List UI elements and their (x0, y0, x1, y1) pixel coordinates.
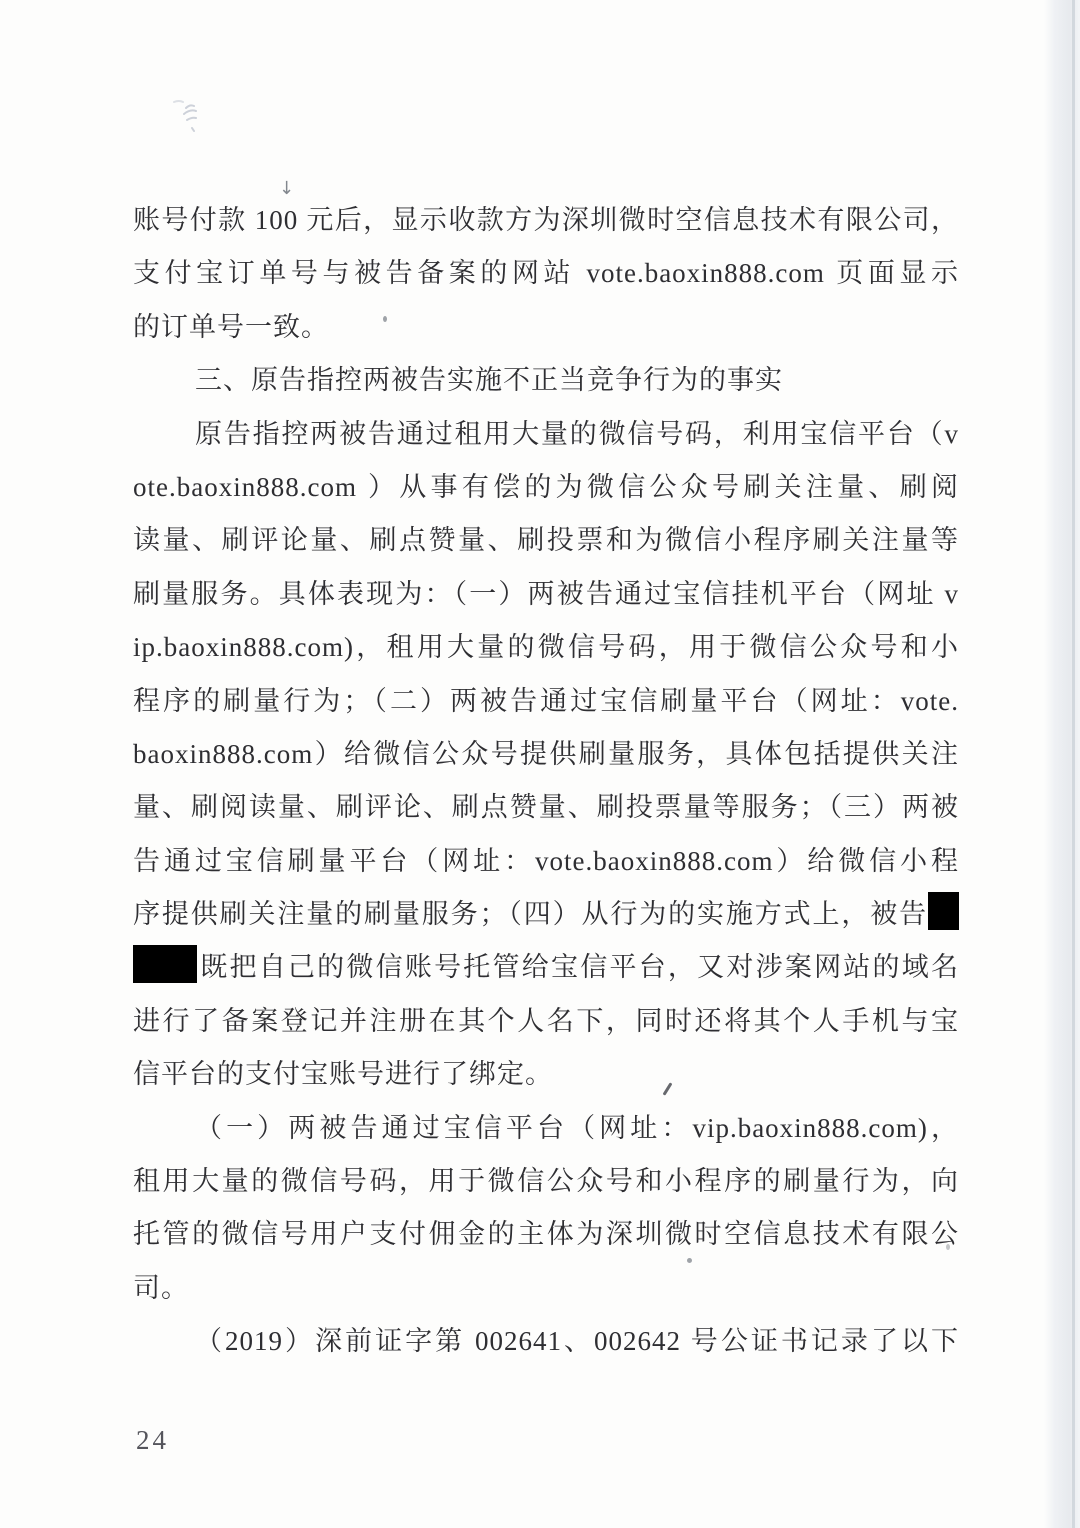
text-line: 程序的刷量行为；（二）两被告通过宝信刷量平台（网址：vote. (133, 675, 959, 728)
text-line: 司。 (133, 1262, 959, 1315)
text-line: 托管的微信号用户支付佣金的主体为深圳微时空信息技术有限公 (133, 1208, 959, 1261)
redaction-box (928, 892, 959, 930)
document-page: ↓ 账号付款 100 元后，显示收款方为深圳微时空信息技术有限公司， 支付宝订单… (0, 0, 1080, 1528)
text-line: 量、刷阅读量、刷评论、刷点赞量、刷投票量等服务；（三）两被 (133, 781, 959, 834)
scan-edge-line (1072, 0, 1075, 1528)
text-line: 账号付款 100 元后，显示收款方为深圳微时空信息技术有限公司， (133, 194, 959, 247)
text-line: 刷量服务。具体表现为：（一）两被告通过宝信挂机平台（网址 v (133, 568, 959, 621)
text-line: ote.baoxin888.com ）从事有偿的为微信公众号刷关注量、刷阅 (133, 461, 959, 514)
text-line: ip.baoxin888.com)，租用大量的微信号码，用于微信公众号和小 (133, 621, 959, 674)
text-line: 支付宝订单号与被告备案的网站 vote.baoxin888.com 页面显示 (133, 247, 959, 300)
text-line: （2019）深前证字第 002641、002642 号公证书记录了以下 (133, 1315, 959, 1368)
text-line: 告通过宝信刷量平台（网址：vote.baoxin888.com）给微信小程 (133, 835, 959, 888)
text-line-with-redaction: 序提供刷关注量的刷量服务；（四）从行为的实施方式上，被告 (133, 888, 959, 941)
text-line: 读量、刷评论量、刷点赞量、刷投票和为微信小程序刷关注量等 (133, 514, 959, 567)
redaction-box (133, 945, 197, 983)
document-body: 账号付款 100 元后，显示收款方为深圳微时空信息技术有限公司， 支付宝订单号与… (133, 194, 959, 1369)
text-line-with-redaction: 既把自己的微信账号托管给宝信平台，又对涉案网站的域名 (133, 941, 959, 994)
text-line: （一）两被告通过宝信平台（网址：vip.baoxin888.com)， (133, 1102, 959, 1155)
text-line: 原告指控两被告通过租用大量的微信号码，利用宝信平台（v (133, 408, 959, 461)
text-line: 租用大量的微信号码，用于微信公众号和小程序的刷量行为，向 (133, 1155, 959, 1208)
text-line: 信平台的支付宝账号进行了绑定。 (133, 1048, 959, 1101)
section-heading: 三、原告指控两被告实施不正当竞争行为的事实 (133, 354, 959, 407)
text-line: baoxin888.com）给微信公众号提供刷量服务，具体包括提供关注 (133, 728, 959, 781)
page-number: 24 (136, 1420, 169, 1460)
text-line: 的订单号一致。 (133, 301, 959, 354)
text-line: 进行了备案登记并注册在其个人名下，同时还将其个人手机与宝 (133, 995, 959, 1048)
pencil-smudge (172, 100, 216, 144)
